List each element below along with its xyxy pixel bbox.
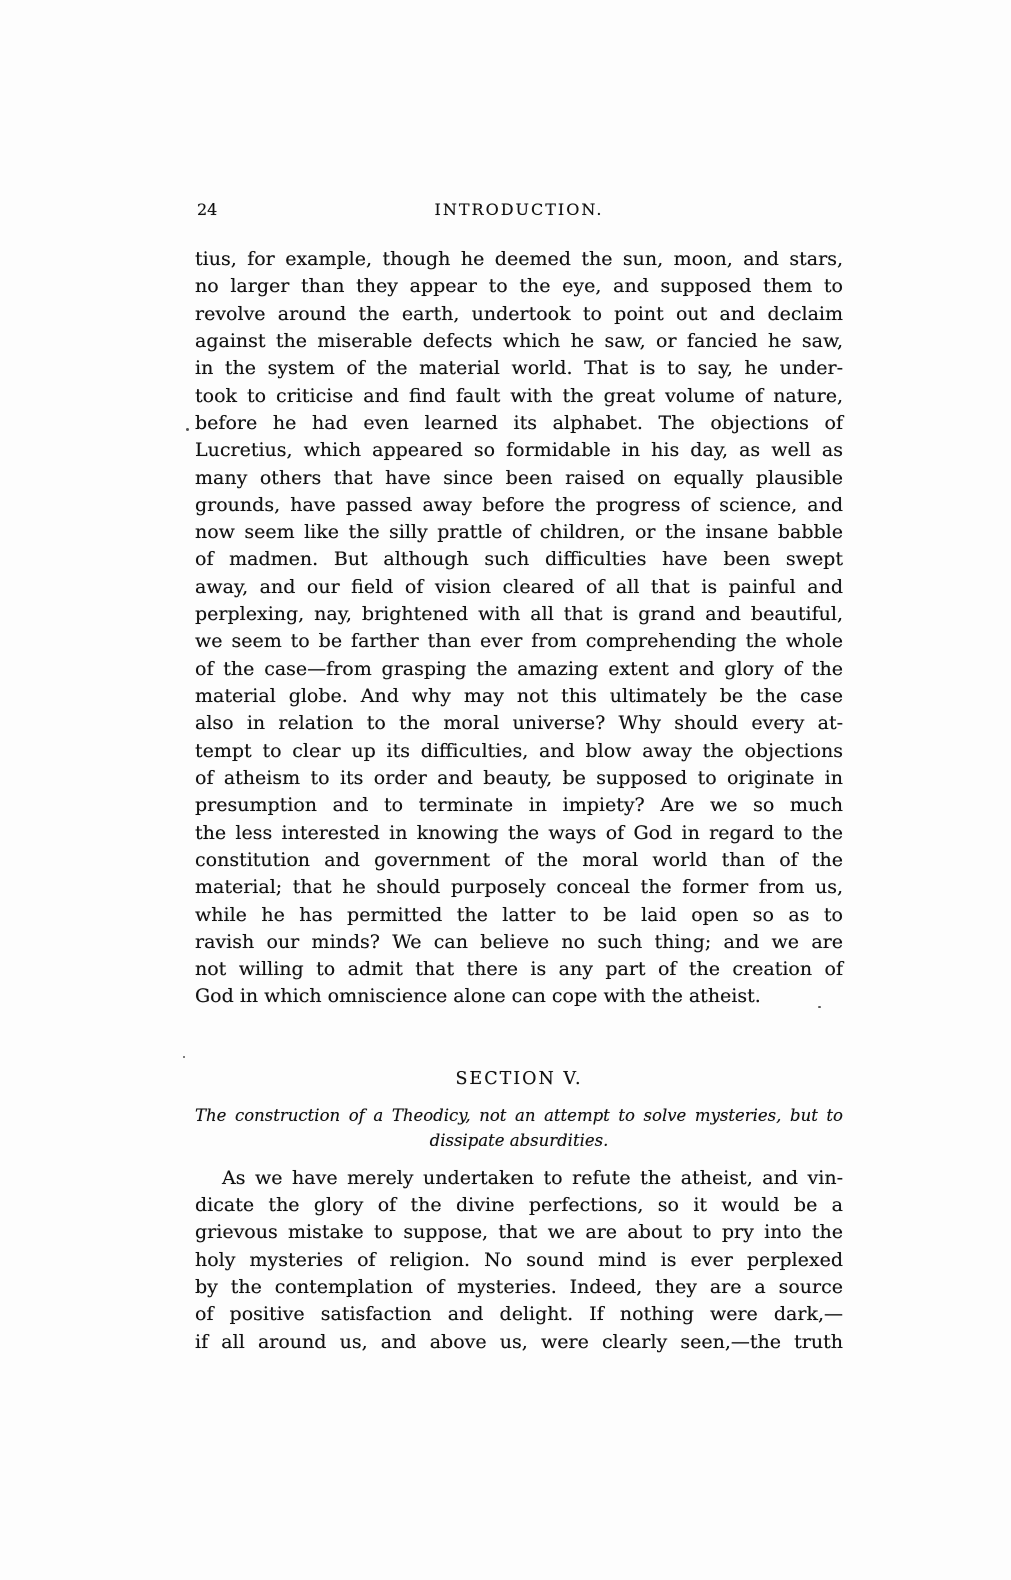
text-line: while he has permitted the latter to be … [195, 902, 843, 929]
text-line: many others that have since been raised … [195, 465, 843, 492]
text-line: of positive satisfaction and delight. If… [195, 1301, 843, 1328]
text-line: against the miserable defects which he s… [195, 328, 843, 355]
text-line: of atheism to its order and beauty, be s… [195, 765, 843, 792]
text-line: before he had even learned its alphabet.… [195, 410, 843, 437]
page-header: 24 INTRODUCTION. [195, 201, 843, 221]
text-line: As we have merely undertaken to refute t… [195, 1165, 843, 1192]
paragraph-lucretius: tius, for example, though he deemed the … [195, 246, 843, 1011]
text-line: also in relation to the moral universe? … [195, 710, 843, 737]
text-line: away, and our field of vision cleared of… [195, 574, 843, 601]
text-line: not willing to admit that there is any p… [195, 956, 843, 983]
text-line: took to criticise and find fault with th… [195, 383, 843, 410]
page-number: 24 [197, 201, 217, 219]
scan-speck [186, 428, 189, 431]
paragraph-theodicy: As we have merely undertaken to refute t… [195, 1165, 843, 1356]
section-heading: SECTION V. [195, 1069, 843, 1089]
text-line: by the contemplation of mysteries. Indee… [195, 1274, 843, 1301]
text-line: of madmen. But although such difficultie… [195, 546, 843, 573]
text-line: dicate the glory of the divine perfectio… [195, 1192, 843, 1219]
text-line: if all around us, and above us, were cle… [195, 1329, 843, 1356]
text-line: material; that he should purposely conce… [195, 874, 843, 901]
text-line: constitution and government of the moral… [195, 847, 843, 874]
text-line: in the system of the material world. Tha… [195, 355, 843, 382]
text-line: grounds, have passed away before the pro… [195, 492, 843, 519]
text-line: no larger than they appear to the eye, a… [195, 273, 843, 300]
scan-speck [183, 1056, 185, 1058]
text-line: perplexing, nay, brightened with all tha… [195, 601, 843, 628]
text-line: God in which omniscience alone can cope … [195, 983, 843, 1010]
text-line: tempt to clear up its difficulties, and … [195, 738, 843, 765]
text-line: we seem to be farther than ever from com… [195, 628, 843, 655]
text-line: tius, for example, though he deemed the … [195, 246, 843, 273]
text-line: holy mysteries of religion. No sound min… [195, 1247, 843, 1274]
text-line: revolve around the earth, undertook to p… [195, 301, 843, 328]
text-line: presumption and to terminate in impiety?… [195, 792, 843, 819]
text-line: ravish our minds? We can believe no such… [195, 929, 843, 956]
text-block: tius, for example, though he deemed the … [195, 246, 843, 1356]
text-line: material globe. And why may not this ult… [195, 683, 843, 710]
text-line: the less interested in knowing the ways … [195, 820, 843, 847]
subtitle-line: dissipate absurdities. [195, 1128, 843, 1153]
text-line: of the case—from grasping the amazing ex… [195, 656, 843, 683]
book-page: 24 INTRODUCTION. tius, for example, thou… [0, 0, 1011, 1580]
text-line: now seem like the silly prattle of child… [195, 519, 843, 546]
text-line: Lucretius, which appeared so formidable … [195, 437, 843, 464]
scan-speck [818, 1006, 821, 1008]
subtitle-line: The construction of a Theodicy, not an a… [195, 1103, 843, 1128]
section-subtitle: The construction of a Theodicy, not an a… [195, 1103, 843, 1153]
text-line: grievous mistake to suppose, that we are… [195, 1219, 843, 1246]
running-header: INTRODUCTION. [195, 201, 843, 219]
